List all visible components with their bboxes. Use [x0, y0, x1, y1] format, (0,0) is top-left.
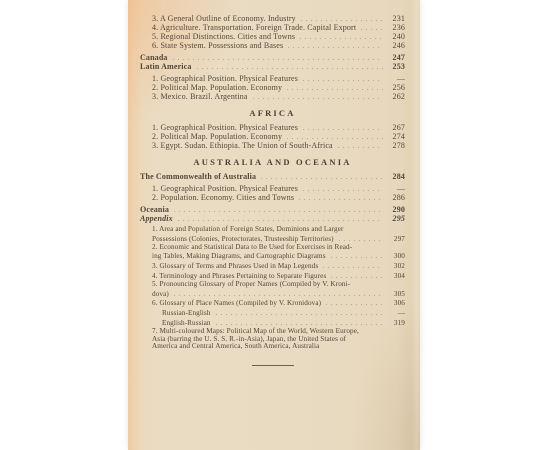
toc-entry-label: 2. Population. Economy. Cities and Towns [152, 193, 294, 202]
toc-section: AUSTRALIA AND OCEANIAThe Commonwealth of… [140, 157, 405, 351]
page-number: 302 [385, 263, 405, 271]
toc-row: dova)305 [140, 289, 405, 299]
page-number: — [385, 184, 405, 193]
toc-section: 3. A General Outline of Economy. Industr… [140, 14, 405, 101]
page-number: 300 [385, 253, 405, 261]
toc-entry-label: dova) [152, 291, 169, 299]
page-number: 267 [385, 123, 405, 132]
page-number: 295 [385, 214, 405, 223]
page-number: 278 [385, 141, 405, 150]
leader-dots [298, 14, 383, 21]
end-rule [252, 365, 294, 366]
leader-dots [250, 92, 383, 99]
leader-dots [213, 318, 383, 325]
page-number: 304 [385, 273, 405, 281]
page-number: 247 [385, 53, 405, 62]
page-number: 274 [385, 132, 405, 141]
page-number: 246 [385, 41, 405, 50]
toc-section: AFRICA1. Geographical Position. Physical… [140, 108, 405, 150]
toc-row: 3. A General Outline of Economy. Industr… [140, 14, 405, 23]
leader-dots [194, 62, 384, 69]
toc-group: 1. Geographical Position. Physical Featu… [140, 184, 405, 202]
toc-entry-label: 3. Egypt. Sudan. Ethiopia. The Union of … [152, 141, 333, 150]
leader-dots [328, 251, 383, 258]
toc-row: 1. Area and Population of Foreign States… [140, 226, 405, 234]
leader-dots [300, 184, 383, 191]
page-number: 319 [385, 320, 405, 328]
toc-entry-label: 3. Glossary of Terms and Phrases Used in… [152, 263, 318, 271]
page-number: 305 [385, 291, 405, 299]
toc-row: 5. Pronouncing Glossary of Proper Names … [140, 281, 405, 289]
toc-row: 5. Regional Distinctions. Cities and Tow… [140, 32, 405, 41]
leader-dots [323, 298, 383, 305]
toc-row: Oceania290 [140, 205, 405, 214]
toc-entry-label: 4. Agriculture. Transportation. Foreign … [152, 23, 356, 32]
leader-dots [296, 193, 383, 200]
toc-group: 1. Area and Population of Foreign States… [140, 226, 405, 351]
page-number: 262 [385, 92, 405, 101]
toc-row: 2. Political Map. Population. Economy274 [140, 132, 405, 141]
toc-entry-label: 1. Area and Population of Foreign States… [152, 226, 344, 234]
toc-group: Canada247Latin America253 [140, 53, 405, 71]
toc-entry-label: 6. Glossary of Place Names (Compiled by … [152, 300, 321, 308]
page-number: 256 [385, 83, 405, 92]
toc-row: Russian-English— [140, 308, 405, 318]
toc-entry-label: 1. Geographical Position. Physical Featu… [152, 123, 298, 132]
toc-row: 1. Geographical Position. Physical Featu… [140, 184, 405, 193]
toc-entry-label: America and Central America, South Ameri… [152, 343, 319, 351]
toc-entry-label: Appendix [140, 214, 173, 223]
leader-dots [171, 205, 383, 212]
toc-entry-label: 2. Political Map. Population. Economy [152, 132, 282, 141]
toc-row: Canada247 [140, 53, 405, 62]
toc-entry-label: 2. Political Map. Population. Economy [152, 83, 282, 92]
page-number: 231 [385, 14, 405, 23]
leader-dots [171, 289, 383, 296]
leader-dots [336, 234, 383, 241]
toc-entry-label: 1. Geographical Position. Physical Featu… [152, 74, 298, 83]
toc-group: The Commonwealth of Australia284 [140, 172, 405, 181]
page-number: 290 [385, 205, 405, 214]
toc-entry-label: Canada [140, 53, 168, 62]
toc-row: 3. Mexico. Brazil. Argentina262 [140, 92, 405, 101]
leader-dots [213, 308, 383, 315]
toc-row: 6. Glossary of Place Names (Compiled by … [140, 298, 405, 308]
section-heading: AUSTRALIA AND OCEANIA [140, 157, 405, 167]
page-number: 236 [385, 23, 405, 32]
toc-entry-label: 5. Pronouncing Glossary of Proper Names … [152, 281, 350, 289]
toc-entry-label: Latin America [140, 62, 192, 71]
leader-dots [335, 141, 383, 148]
toc-row: Latin America253 [140, 62, 405, 71]
toc-row: 2. Population. Economy. Cities and Towns… [140, 193, 405, 202]
leader-dots [300, 74, 383, 81]
toc-row: America and Central America, South Ameri… [140, 343, 405, 351]
toc-row: 3. Glossary of Terms and Phrases Used in… [140, 261, 405, 271]
toc-entry-label: 5. Regional Distinctions. Cities and Tow… [152, 32, 295, 41]
toc-entry-label: 3. Mexico. Brazil. Argentina [152, 92, 248, 101]
toc-entry-label: 1. Geographical Position. Physical Featu… [152, 184, 298, 193]
toc-group: 3. A General Outline of Economy. Industr… [140, 14, 405, 50]
toc-row: 6. State System. Possessions and Bases24… [140, 41, 405, 50]
leader-dots [320, 261, 383, 268]
toc-entry-label: Oceania [140, 205, 169, 214]
page-number: 286 [385, 193, 405, 202]
toc-group: 1. Geographical Position. Physical Featu… [140, 74, 405, 101]
toc: 3. A General Outline of Economy. Industr… [140, 14, 405, 366]
toc-entry-label: 2. Economic and Statistical Data to Be U… [152, 244, 352, 252]
toc-entry-label: The Commonwealth of Australia [140, 172, 256, 181]
scanned-book-page: 3. A General Outline of Economy. Industr… [128, 0, 420, 450]
toc-entry-label: Russian-English [162, 310, 211, 318]
page-number: 284 [385, 172, 405, 181]
toc-row: 1. Geographical Position. Physical Featu… [140, 74, 405, 83]
page-number: 253 [385, 62, 405, 71]
page-number: — [385, 310, 405, 318]
leader-dots [358, 23, 383, 30]
toc-entry-label: ing Tables, Making Diagrams, and Cartogr… [152, 253, 326, 261]
toc-row: Appendix295 [140, 214, 405, 223]
toc-entry-label: 3. A General Outline of Economy. Industr… [152, 14, 296, 23]
toc-row: 4. Agriculture. Transportation. Foreign … [140, 23, 405, 32]
leader-dots [170, 53, 383, 60]
section-heading: AFRICA [140, 108, 405, 118]
toc-entry-label: 6. State System. Possessions and Bases [152, 41, 283, 50]
toc-row: The Commonwealth of Australia284 [140, 172, 405, 181]
page-number: 297 [385, 236, 405, 244]
toc-row: 2. Economic and Statistical Data to Be U… [140, 244, 405, 252]
leader-dots [284, 83, 383, 90]
page-number: 240 [385, 32, 405, 41]
page-number: 306 [385, 300, 405, 308]
leader-dots [285, 41, 383, 48]
toc-group: 1. Geographical Position. Physical Featu… [140, 123, 405, 150]
toc-row: 3. Egypt. Sudan. Ethiopia. The Union of … [140, 141, 405, 150]
leader-dots [328, 271, 383, 278]
leader-dots [297, 32, 383, 39]
toc-row: 2. Political Map. Population. Economy256 [140, 83, 405, 92]
page-number: — [385, 74, 405, 83]
toc-row: 1. Geographical Position. Physical Featu… [140, 123, 405, 132]
toc-group: Oceania290Appendix295 [140, 205, 405, 223]
leader-dots [258, 172, 383, 179]
toc-row: ing Tables, Making Diagrams, and Cartogr… [140, 251, 405, 261]
leader-dots [175, 214, 383, 221]
leader-dots [300, 123, 383, 130]
leader-dots [284, 132, 383, 139]
